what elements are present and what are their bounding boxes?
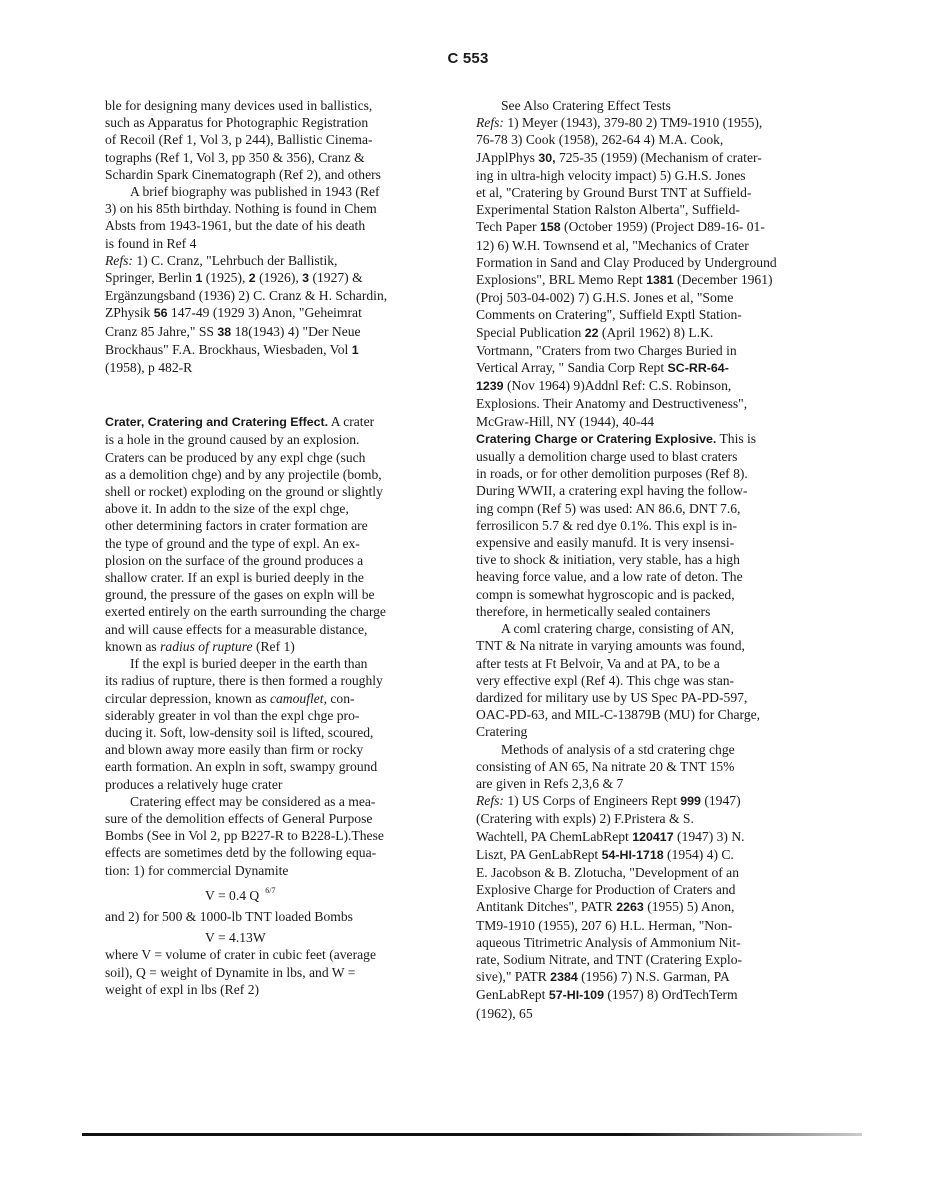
- text-line: and 2) for 500 & 1000-lb TNT loaded Bomb…: [105, 908, 435, 925]
- text-line: ducing it. Soft, low-density soil is lif…: [105, 724, 435, 741]
- text-line: soil), Q = weight of Dynamite in lbs, an…: [105, 964, 435, 981]
- references-line: Refs: 1) Meyer (1943), 379-80 2) TM9-191…: [476, 114, 834, 131]
- text-line: TNT & Na nitrate in varying amounts was …: [476, 637, 834, 654]
- text-line: as a demolition chge) and by any project…: [105, 466, 435, 483]
- references-line: et al, "Cratering by Ground Burst TNT at…: [476, 184, 834, 201]
- text-line: tion: 1) for commercial Dynamite: [105, 862, 435, 879]
- references-line: Vertical Array, " Sandia Corp Rept SC-RR…: [476, 359, 834, 377]
- text-line: A brief biography was published in 1943 …: [105, 183, 435, 200]
- text-line: A coml cratering charge, consisting of A…: [476, 620, 834, 637]
- text-line: plosion on the surface of the ground pro…: [105, 552, 435, 569]
- text-line: ground, the pressure of the gases on exp…: [105, 586, 435, 603]
- references-line: JApplPhys 30, 725-35 (1959) (Mechanism o…: [476, 149, 834, 167]
- references-line: ing in ultra-high velocity impact) 5) G.…: [476, 167, 834, 184]
- references-line: Refs: 1) US Corps of Engineers Rept 999 …: [476, 792, 834, 810]
- entry-heading-cratering-charge: Cratering Charge or Cratering Explosive.: [476, 432, 716, 446]
- references-line: Antitank Ditches", PATR 2263 (1955) 5) A…: [476, 898, 834, 916]
- text-line: Schardin Spark Cinematograph (Ref 2), an…: [105, 166, 435, 183]
- references-line: E. Jacobson & B. Zlotucha, "Development …: [476, 864, 834, 881]
- text-line: Cratering effect may be considered as a …: [105, 793, 435, 810]
- text-line: its radius of rupture, there is then for…: [105, 672, 435, 689]
- text-line: Absts from 1943-1961, but the date of hi…: [105, 217, 435, 234]
- text-line: compn is somewhat hygroscopic and is pac…: [476, 586, 834, 603]
- bottom-rule: [82, 1133, 862, 1136]
- text-line: of Recoil (Ref 1, Vol 3, p 244), Ballist…: [105, 131, 435, 148]
- text-line: Cratering: [476, 723, 834, 740]
- text-line: produces a relatively huge crater: [105, 776, 435, 793]
- references-line: Explosions", BRL Memo Rept 1381 (Decembe…: [476, 271, 834, 289]
- text-line: exerted entirely on the earth surroundin…: [105, 603, 435, 620]
- text-line: ing compn (Ref 5) was used: AN 86.6, DNT…: [476, 500, 834, 517]
- references-line: (Proj 503-04-002) 7) G.H.S. Jones et al,…: [476, 289, 834, 306]
- equation-tnt-bombs: V = 4.13W: [105, 929, 435, 946]
- text-line: in roads, or for other demolition purpos…: [476, 465, 834, 482]
- text-line: During WWII, a cratering expl having the…: [476, 482, 834, 499]
- text-line: consisting of AN 65, Na nitrate 20 & TNT…: [476, 758, 834, 775]
- references-line: (Cratering with expls) 2) F.Pristera & S…: [476, 810, 834, 827]
- references-line: Explosive Charge for Production of Crate…: [476, 881, 834, 898]
- spacer: [105, 376, 435, 413]
- references-line: Vortmann, "Craters from two Charges Buri…: [476, 342, 834, 359]
- refs-label: Refs:: [105, 253, 133, 268]
- text-line: the type of ground and the type of expl.…: [105, 535, 435, 552]
- references-line: Wachtell, PA ChemLabRept 120417 (1947) 3…: [476, 828, 834, 846]
- see-also-line: See Also Cratering Effect Tests: [476, 97, 834, 114]
- text-line: heaving force value, and a low rate of d…: [476, 568, 834, 585]
- references-line: Ergänzungsband (1936) 2) C. Cranz & H. S…: [105, 287, 435, 304]
- text-line: tive to shock & initiation, very stable,…: [476, 551, 834, 568]
- crater-entry-first-line: Crater, Cratering and Cratering Effect. …: [105, 413, 435, 431]
- references-line: McGraw-Hill, NY (1944), 40-44: [476, 413, 834, 430]
- text-line: where V = volume of crater in cubic feet…: [105, 946, 435, 963]
- text-line: and blown away more easily than firm or …: [105, 741, 435, 758]
- text-line: Methods of analysis of a std cratering c…: [476, 741, 834, 758]
- references-line: Formation in Sand and Clay Produced by U…: [476, 254, 834, 271]
- text-line: 3) on his 85th birthday. Nothing is foun…: [105, 200, 435, 217]
- references-line: Brockhaus" F.A. Brockhaus, Wiesbaden, Vo…: [105, 341, 435, 359]
- text-line: If the expl is buried deeper in the eart…: [105, 655, 435, 672]
- term-camouflet: camouflet,: [270, 691, 327, 706]
- references-line: (1958), p 482-R: [105, 359, 435, 376]
- references-line: TM9-1910 (1955), 207 6) H.L. Herman, "No…: [476, 917, 834, 934]
- references-line: Refs: 1) C. Cranz, "Lehrbuch der Ballist…: [105, 252, 435, 269]
- references-line: Springer, Berlin 1 (1925), 2 (1926), 3 (…: [105, 269, 435, 287]
- refs-label: Refs:: [476, 115, 504, 130]
- text-line: ble for designing many devices used in b…: [105, 97, 435, 114]
- text-line: tographs (Ref 1, Vol 3, pp 350 & 356), C…: [105, 149, 435, 166]
- text-line: shell or rocket) exploding on the ground…: [105, 483, 435, 500]
- references-line: Special Publication 22 (April 1962) 8) L…: [476, 324, 834, 342]
- entry-heading-crater: Crater, Cratering and Cratering Effect.: [105, 415, 328, 429]
- text-line: expensive and easily manufd. It is very …: [476, 534, 834, 551]
- equation-dynamite: V = 0.4 Q6/7: [105, 882, 435, 904]
- references-line: Liszt, PA GenLabRept 54-HI-1718 (1954) 4…: [476, 846, 834, 864]
- references-line: sive)," PATR 2384 (1956) 7) N.S. Garman,…: [476, 968, 834, 986]
- text-line: ferrosilicon 5.7 & red dye 0.1%. This ex…: [476, 517, 834, 534]
- text-line: Craters can be produced by any expl chge…: [105, 449, 435, 466]
- text-line: after tests at Ft Belvoir, Va and at PA,…: [476, 655, 834, 672]
- right-column: See Also Cratering Effect Tests Refs: 1)…: [476, 97, 834, 1022]
- text-line: other determining factors in crater form…: [105, 517, 435, 534]
- references-line: 76-78 3) Cook (1958), 262-64 4) M.A. Coo…: [476, 131, 834, 148]
- text-line: is found in Ref 4: [105, 235, 435, 252]
- references-line: Explosions. Their Anatomy and Destructiv…: [476, 395, 834, 412]
- text-line: shallow crater. If an expl is buried dee…: [105, 569, 435, 586]
- text-line: siderably greater in vol than the expl c…: [105, 707, 435, 724]
- text-line: OAC-PD-63, and MIL-C-13879B (MU) for Cha…: [476, 706, 834, 723]
- text-line: known as radius of rupture (Ref 1): [105, 638, 435, 655]
- page-number: C 553: [0, 50, 936, 67]
- references-line: 1239 (Nov 1964) 9)Addnl Ref: C.S. Robins…: [476, 377, 834, 395]
- text-line: are given in Refs 2,3,6 & 7: [476, 775, 834, 792]
- text-line: dardized for military use by US Spec PA-…: [476, 689, 834, 706]
- term-radius-of-rupture: radius of rupture: [160, 639, 252, 654]
- left-column: ble for designing many devices used in b…: [105, 97, 435, 998]
- text-line: Bombs (See in Vol 2, pp B227-R to B228-L…: [105, 827, 435, 844]
- text-line: is a hole in the ground caused by an exp…: [105, 431, 435, 448]
- text-line: very effective expl (Ref 4). This chge w…: [476, 672, 834, 689]
- text-line: above it. In addn to the size of the exp…: [105, 500, 435, 517]
- references-line: aqueous Titrimetric Analysis of Ammonium…: [476, 934, 834, 951]
- references-line: ZPhysik 56 147-49 (1929 3) Anon, "Geheim…: [105, 304, 435, 322]
- references-line: GenLabRept 57-HI-109 (1957) 8) OrdTechTe…: [476, 986, 834, 1004]
- references-line: Tech Paper 158 (October 1959) (Project D…: [476, 218, 834, 236]
- references-line: Comments on Cratering", Suffield Exptl S…: [476, 306, 834, 323]
- text-line: weight of expl in lbs (Ref 2): [105, 981, 435, 998]
- text-line: usually a demolition charge used to blas…: [476, 448, 834, 465]
- equation-exponent: 6/7: [265, 886, 275, 895]
- references-line: 12) 6) W.H. Townsend et al, "Mechanics o…: [476, 237, 834, 254]
- text-line: and will cause effects for a measurable …: [105, 621, 435, 638]
- text-line: earth formation. An expln in soft, swamp…: [105, 758, 435, 775]
- refs-label: Refs:: [476, 793, 504, 808]
- text-line: sure of the demolition effects of Genera…: [105, 810, 435, 827]
- text-line: such as Apparatus for Photographic Regis…: [105, 114, 435, 131]
- references-line: Experimental Station Ralston Alberta", S…: [476, 201, 834, 218]
- text-line: therefore, in hermetically sealed contai…: [476, 603, 834, 620]
- text-line: circular depression, known as camouflet,…: [105, 690, 435, 707]
- references-line: rate, Sodium Nitrate, and TNT (Cratering…: [476, 951, 834, 968]
- references-line: (1962), 65: [476, 1005, 834, 1022]
- references-line: Cranz 85 Jahre," SS 38 18(1943) 4) "Der …: [105, 323, 435, 341]
- text-line: effects are sometimes detd by the follow…: [105, 844, 435, 861]
- charge-entry-first-line: Cratering Charge or Cratering Explosive.…: [476, 430, 834, 448]
